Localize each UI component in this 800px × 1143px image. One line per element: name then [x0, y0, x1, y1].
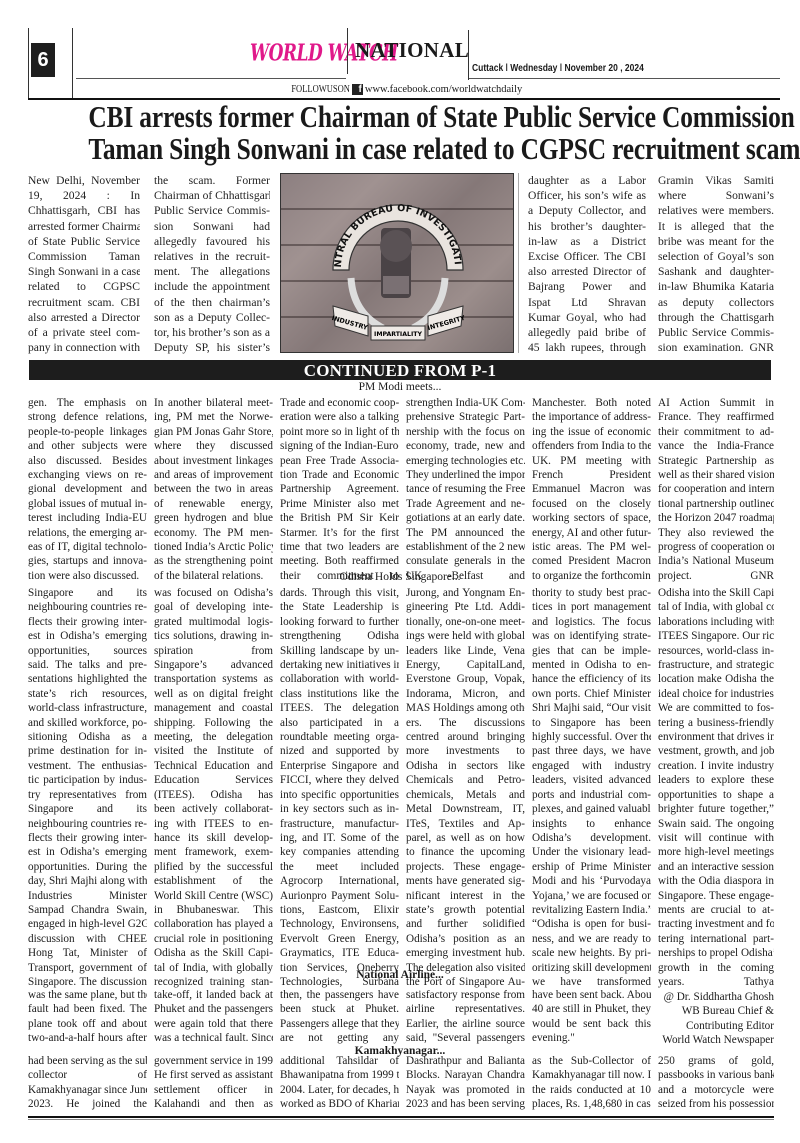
masthead: 6 WORLD WATCH NATIONAL Cuttack ǀ Wednesd… [28, 28, 780, 100]
text-line: working sectors of space, [532, 511, 651, 525]
text-line: said. The talks and pre- [28, 658, 147, 672]
text-line: and further solidified [406, 917, 525, 931]
text-line: exchanging views on re- [28, 468, 147, 482]
text-line: satisfactory response from [406, 988, 525, 1002]
text-line: Energy, CapitalLand, [406, 658, 525, 672]
text-line: Singapore and its [28, 586, 147, 600]
text-line: UK. PM meeting with [532, 454, 651, 468]
text-line: tering a business-friendly [658, 716, 774, 730]
text-line: oritizing skill development, [532, 961, 651, 975]
text-line: crucial role in positioning [154, 932, 273, 946]
text-line: Prime Minister also met [280, 497, 399, 511]
text-line: focused on the closely [532, 497, 651, 511]
text-line: flects their growing inter- [28, 831, 147, 845]
pm-column-5: Manchester. Both notedthe importance of … [532, 396, 651, 583]
airline-column-5: have been sent back. About40 are still i… [532, 988, 651, 1046]
cbi-emblem-photo: CENTRAL BUREAU OF INVESTIGATION INDUSTRY… [280, 173, 514, 353]
text-line: establishment of the [154, 874, 273, 888]
text-line: pean Free Trade Associa- [280, 454, 399, 468]
text-line: ing the issue of economic [532, 425, 651, 439]
text-line: goal of developing inte- [154, 600, 273, 614]
text-line: point more so in light of the [280, 425, 399, 439]
text-line: tices in port management [532, 600, 651, 614]
text-line: also participated in a [280, 716, 399, 730]
text-line: gies, startups and innova- [28, 554, 147, 568]
text-line: Deputy SP, his sister’s [154, 340, 270, 355]
text-line: Yojana,’ we are focused on [532, 889, 651, 903]
text-line: for cooperation and interna- [658, 482, 774, 496]
text-line: between the two in areas [154, 482, 273, 496]
text-line: daughter as a Labor [528, 173, 646, 188]
odisha-column-1: Singapore and itsneighbouring countries … [28, 586, 147, 989]
text-line: well as their shared vision [658, 468, 774, 482]
text-line: through the Chattisgarh [658, 310, 774, 325]
text-line: visit will continue with [658, 831, 774, 845]
text-line: hance the efficiency of its [532, 672, 651, 686]
text-line: and areas of improvement [154, 468, 273, 482]
text-line: establishment of the 2 new [406, 540, 525, 554]
text-line: emerging investment hub. [406, 946, 525, 960]
text-line: the scam. Former [154, 173, 270, 188]
follow-label: FOLLOWUSON [291, 84, 350, 95]
text-line: recruitment scam. CBI [28, 295, 140, 310]
text-line: discussion with CHEE [28, 932, 147, 946]
text-line: meeting, the delegation [154, 730, 273, 744]
text-line: Indorama, Micron, and [406, 687, 525, 701]
text-line: the Horizon 2047 roadmap. [658, 511, 774, 525]
text-line: centred around bringing [406, 730, 525, 744]
text-line: Modi and his ‘Purvodaya [532, 874, 651, 888]
text-line: also arrested a Director [28, 310, 140, 325]
text-line: grated multimodal logis- [154, 615, 273, 629]
text-line: time that two leaders are [280, 540, 399, 554]
text-line: engaged in high-level G2G [28, 917, 147, 931]
text-line: prehensive Strategic Part- [406, 410, 525, 424]
text-line: They also reviewed the [658, 526, 774, 540]
text-line: sentations highlighted the [28, 672, 147, 686]
text-line: tal of India, with global col- [658, 600, 774, 614]
text-line: own ports. Chief Minister [532, 687, 651, 701]
text-line: Chairman of Chhattisgarh [154, 188, 270, 203]
text-line: also arrested Director of [528, 264, 646, 279]
text-line: ing, PM met the Norwe- [154, 410, 273, 424]
text-line: ment framework, exem- [154, 845, 273, 859]
text-line: fault had been fixed. The [28, 1002, 147, 1016]
pm-column-2: In another bilateral meet-ing, PM met th… [154, 396, 273, 583]
text-line: In another bilateral meet- [154, 396, 273, 410]
text-line: and skilled workforce, po- [28, 716, 147, 730]
text-line: ers. The discussions [406, 716, 525, 730]
text-line: tics solutions, drawing in- [154, 629, 273, 643]
text-line: Public Service Commis- [154, 203, 270, 218]
text-line: more high-level meetings [658, 845, 774, 859]
text-line: istic areas. The PM wel- [532, 540, 651, 554]
pm-column-4: strengthen India-UK Com-prehensive Strat… [406, 396, 525, 583]
text-line: Starmer. It’s for the first [280, 526, 399, 540]
text-line: and other subjects were [28, 439, 147, 453]
text-line: about investment linkages [154, 454, 273, 468]
jump-head-airline: National Airline... [300, 969, 500, 981]
text-line: related to CGPSC [28, 279, 140, 294]
text-line: as the strengthening point [154, 554, 273, 568]
text-line: Hong Tat, Minister of [28, 946, 147, 960]
text-line: ment. The allegations [154, 264, 270, 279]
text-line: well as on digital freight [154, 687, 273, 701]
airline-column-3: then, the passengers havebeen stuck at P… [280, 988, 399, 1046]
text-line: plane took off and about [28, 1017, 147, 1031]
text-line: strengthening Odisha [280, 629, 399, 643]
text-line: collector of [28, 1068, 147, 1082]
text-line: ITEES Singapore. Our rich [658, 629, 774, 643]
text-line: Gramin Vikas Samiti [658, 173, 774, 188]
text-line: Trade and economic coop- [280, 396, 399, 410]
text-line: 40 are still in Phuket, they [532, 1002, 651, 1016]
text-line: where they discussed [154, 439, 273, 453]
text-line: green hydrogen and blue [154, 511, 273, 525]
text-line: are not getting any [280, 1031, 399, 1045]
text-line: The PM announced the [406, 526, 525, 540]
svg-text:IMPARTIALITY: IMPARTIALITY [374, 331, 422, 338]
text-line: to finance the upcoming [406, 845, 525, 859]
text-line: transportation systems as [154, 672, 273, 686]
text-line: Agrocorp International, [280, 874, 399, 888]
text-line: past three days, we have [532, 744, 651, 758]
text-line: ports and industrial com- [532, 788, 651, 802]
text-line: FICCI, where they delved [280, 773, 399, 787]
text-line: It is alleged that the [658, 219, 774, 234]
text-line: the importance of address- [532, 410, 651, 424]
text-line: of the bilateral relations. [154, 569, 273, 583]
text-line: parel, as well as on how [406, 831, 525, 845]
text-line: collaboration has played a [154, 917, 273, 931]
text-line: Singh Sonwani in a case [28, 264, 140, 279]
text-line: dertaking new initiatives in [280, 658, 399, 672]
text-line: insights to enhance [532, 817, 651, 831]
text-line: include the appointment [154, 279, 270, 294]
text-line: He first served as assistant [154, 1068, 273, 1082]
text-line: emerging technologies etc. [406, 454, 525, 468]
text-line: tor, his brother’s son as a [154, 325, 270, 340]
text-line: dards. Through this visit, [280, 586, 399, 600]
text-line: nerships to propel Odisha’s [658, 946, 774, 960]
continued-from-banner: CONTINUED FROM P-1 [29, 360, 771, 380]
text-line: sion Sonwani had [154, 219, 270, 234]
text-line: class institutions like the [280, 687, 399, 701]
text-line: as deputy collectors [658, 295, 774, 310]
masthead-rule-right [469, 78, 780, 79]
text-line: gen. The emphasis on [28, 396, 147, 410]
text-line: neighbouring countries re- [28, 817, 147, 831]
text-line: Jurong, and Yongnam En- [406, 586, 525, 600]
text-line: French President [532, 468, 651, 482]
text-line: places, Rs. 1,48,680 in cash, [532, 1097, 651, 1111]
text-line: Chemicals and Petro- [406, 773, 525, 787]
text-line: est in Odisha’s emerging [28, 629, 147, 643]
text-line: Partnership Agreement. [280, 482, 399, 496]
text-line: revitalizing Eastern India.” [532, 903, 651, 917]
text-line: Bhawanipatna from 1999 to [280, 1068, 399, 1082]
text-line: years. Tathya [658, 975, 774, 989]
text-line: seized from his possession. [658, 1097, 774, 1111]
text-line: prime destination for in- [28, 744, 147, 758]
text-line: tionally, one-on-one meet- [406, 615, 525, 629]
text-line: plified by the successful [154, 860, 273, 874]
text-line: with the Odia diaspora in [658, 874, 774, 888]
text-line: settlement officer in [154, 1083, 273, 1097]
text-line: and a motorcycle were [658, 1083, 774, 1097]
text-line: evening." [532, 1031, 651, 1045]
text-line: eas of IT, digital technolo- [28, 540, 147, 554]
text-line: have been sent back. About [532, 988, 651, 1002]
text-line: airline representatives. [406, 1002, 525, 1016]
text-line: highly successful. Over the [532, 730, 651, 744]
jump-head-pm-modi: PM Modi meets... [300, 381, 500, 393]
text-line: ings were held with global [406, 629, 525, 643]
text-line: was focused on Odisha’s [154, 586, 273, 600]
text-line: environment that drives in- [658, 730, 774, 744]
text-line: progress of cooperation on [658, 540, 774, 554]
text-line: Technology, Environsens, [280, 917, 399, 931]
text-line: of State Public Service [28, 234, 140, 249]
byline-title-2: Contributing Editor [652, 1019, 774, 1033]
text-line: was on identifying strate- [532, 629, 651, 643]
follow-us-line: FOLLOWUSON f www.facebook.com/worldwatch… [281, 84, 522, 95]
text-line: Odisha into the Skill Capi- [658, 586, 774, 600]
facebook-icon: f [352, 84, 363, 95]
logo-divider [347, 28, 348, 74]
text-line: ments are crucial to at- [658, 903, 774, 917]
text-line: strengthen India-UK Com- [406, 396, 525, 410]
text-line: Odisha’s position as an [406, 932, 525, 946]
text-line: day, Shri Majhi along with [28, 874, 147, 888]
kamakhyanagar-column-1: had been serving as the sub-collector of… [28, 1054, 147, 1112]
text-line: frastructure, and strategic [658, 658, 774, 672]
text-line: est in Odisha’s emerging [28, 845, 147, 859]
odisha-column-3: dards. Through this visit,the State Lead… [280, 586, 399, 989]
text-line: Kamakhyanagar since June [28, 1083, 147, 1097]
text-line: Passengers allege that they [280, 1017, 399, 1031]
text-line: the meet included [280, 860, 399, 874]
text-line: Commission Taman [28, 249, 140, 264]
text-line: relations, the emerging ar- [28, 526, 147, 540]
text-line: opportunities. During the [28, 860, 147, 874]
text-line: ness, and we are ready to [532, 932, 651, 946]
text-line: spiration from [154, 644, 273, 658]
text-line: 2004. Later, for decades, he [280, 1083, 399, 1097]
text-line: tions, Eastcom, Elixir [280, 903, 399, 917]
text-line: vestment, growth, and job [658, 744, 774, 758]
text-line: Phuket and the passengers [154, 1002, 273, 1016]
text-line: in-law as a District [528, 234, 646, 249]
text-line: Singapore and its [28, 802, 147, 816]
byline-title-1: WB Bureau Chief & [652, 1004, 774, 1018]
text-line: project. GNR [658, 569, 774, 583]
text-line: scale new heights. By pri- [532, 946, 651, 960]
pm-column-1: gen. The emphasis onstrong defence relat… [28, 396, 147, 583]
lead-column-3: daughter as a LaborOfficer, his son’s wi… [528, 173, 646, 355]
text-line: strong defence relations, [28, 410, 147, 424]
text-line: been stuck at Phuket. [280, 1002, 399, 1016]
text-line: allegedly favoured his [154, 234, 270, 249]
text-line: Kamakhyanagar till now. In [532, 1068, 651, 1082]
text-line: ITeS, Textiles and Ap- [406, 817, 525, 831]
text-line: vestment. The enthusias- [28, 759, 147, 773]
airline-column-2: take-off, it landed back atPhuket and th… [154, 988, 273, 1046]
text-line: tional partnership outlined in [658, 497, 774, 511]
text-line: Kalahandi and then as [154, 1097, 273, 1111]
text-line: Officer, his son’s wife as [528, 188, 646, 203]
text-line: as the Sub-Collector of [532, 1054, 651, 1068]
text-line: their commitment to ad- [658, 425, 774, 439]
dateline: Cuttack ǀ Wednesday ǀ November 20 , 2024 [472, 63, 644, 74]
text-line: Odisha’s development. [532, 831, 651, 845]
text-line: energy, AI and other futur- [532, 526, 651, 540]
text-line: projects. These engage- [406, 860, 525, 874]
text-line: in key sectors such as in- [280, 802, 399, 816]
text-line: of renewable energy, [154, 497, 273, 511]
odisha-column-4: Jurong, and Yongnam En-gineering Pte Ltd… [406, 586, 525, 989]
text-line: two-and-a-half hours after [28, 1031, 147, 1045]
text-line: plexes, and gained valuable [532, 802, 651, 816]
text-line: Blocks. Narayan Chandra [406, 1068, 525, 1082]
text-line: his brother’s daughter- [528, 219, 646, 234]
text-line: Sashank and daughter- [658, 264, 774, 279]
section-divider [468, 30, 469, 80]
text-line: management and coastal [154, 701, 273, 715]
text-line: Ispat Ltd Shravan [528, 295, 646, 310]
airline-column-4: satisfactory response fromairline repres… [406, 988, 525, 1046]
text-line: more investments to [406, 744, 525, 758]
text-line: nership with the focus on [406, 425, 525, 439]
text-line: take-off, it landed back at [154, 988, 273, 1002]
text-line: then, the passengers have [280, 988, 399, 1002]
text-line: Earlier, the airline source [406, 1017, 525, 1031]
text-line: where Sonwani’s [658, 188, 774, 203]
text-line: was the same plane, but the [28, 988, 147, 1002]
text-line: MAS Holdings among oth- [406, 701, 525, 715]
text-line: the raids conducted at 10 [532, 1083, 651, 1097]
odisha-column-6: Odisha into the Skill Capi-tal of India,… [658, 586, 774, 989]
text-line: 45 lakh rupees, through [528, 340, 646, 355]
text-line: 2023 and has been serving [406, 1097, 525, 1111]
facebook-link[interactable]: www.facebook.com/worldwatchdaily [365, 84, 522, 95]
text-line: tance of resuming the Free [406, 482, 525, 496]
text-line: resources, world-class in- [658, 644, 774, 658]
text-line: people-to-people linkages [28, 425, 147, 439]
text-line: hance its skill develop- [154, 831, 273, 845]
text-line: ing, and IT. Some of the [280, 831, 399, 845]
column-divider [518, 173, 519, 353]
text-line: Everstone Group, Vopak, [406, 672, 525, 686]
text-line: Bajrang Power and [528, 279, 646, 294]
text-line: New Delhi, November [28, 173, 140, 188]
text-line: relatives were members. [658, 203, 774, 218]
text-line: eration were also a talking [280, 410, 399, 424]
text-line: (ITEES). Odisha has [154, 788, 273, 802]
text-line: leaders like Linde, Vena [406, 644, 525, 658]
text-line: chemicals, Metals and [406, 788, 525, 802]
text-line: Odisha in sectors like [406, 759, 525, 773]
text-line: ITEES. The delegation [280, 701, 399, 715]
text-line: neighbouring countries re- [28, 600, 147, 614]
text-line: world-class infrastructure, [28, 701, 147, 715]
text-line: Education Services [154, 773, 273, 787]
text-line: Technical Education and [154, 759, 273, 773]
text-line: economy, trade, new and [406, 439, 525, 453]
text-line: Manchester. Both noted [532, 396, 651, 410]
text-line: World Skill Centre (WSC) [154, 889, 273, 903]
text-line: try representatives from [28, 788, 147, 802]
text-line: state’s growth potential [406, 903, 525, 917]
page-bottom-rule-thin [28, 1119, 774, 1120]
text-line: “Odisha is open for busi- [532, 917, 651, 931]
text-line: Odisha as the Skill Capi- [154, 946, 273, 960]
text-line: allegedly paid bribe of [528, 325, 646, 340]
lead-column-2: the scam. FormerChairman of Chhattisgarh… [154, 173, 270, 355]
text-line: creation. I invite industry [658, 759, 774, 773]
text-line: ing with ITEES to en- [154, 817, 273, 831]
text-line: gineering Pte Ltd. Addi- [406, 600, 525, 614]
odisha-column-2: was focused on Odisha’sgoal of developin… [154, 586, 273, 989]
text-line: Dashrathpur and Balianta [406, 1054, 525, 1068]
text-line: location make Odisha the [658, 672, 774, 686]
text-line: Transport, government of [28, 961, 147, 975]
text-line: bribe was meant for the [658, 234, 774, 249]
text-line: Metal Downstream, IT, [406, 802, 525, 816]
airline-column-1: was the same plane, but thefault had bee… [28, 988, 147, 1046]
text-line: a Deputy Collector, and [528, 203, 646, 218]
text-line: into specific opportunities [280, 788, 399, 802]
text-line: 19, 2024 : In [28, 188, 140, 203]
text-line: Public Service Commis- [658, 325, 774, 340]
text-line: ments have generated sig- [406, 874, 525, 888]
lead-headline: CBI arrests former Chairman of State Pub… [88, 101, 711, 165]
text-line: gional development and [28, 482, 147, 496]
text-line: also discussed. Besides [28, 454, 147, 468]
kamakhyanagar-column-2: government service in 1997.He first serv… [154, 1054, 273, 1112]
text-line: Industries Minister [28, 889, 147, 903]
text-line: Strategic Partnership as [658, 454, 774, 468]
text-line: son as a Deputy Collec- [154, 310, 270, 325]
text-line: additional Tahsildar of [280, 1054, 399, 1068]
text-line: had been serving as the sub- [28, 1054, 147, 1068]
text-line: was a technical fault. Since [154, 1031, 273, 1045]
text-line: offenders from India to the [532, 439, 651, 453]
text-line: the State Leadership is [280, 600, 399, 614]
text-line: to organize the forthcoming [532, 569, 651, 583]
odisha-column-5: thority to study best prac-tices in port… [532, 586, 651, 989]
text-line: AI Action Summit in [658, 396, 774, 410]
byline-author: @ Dr. Siddhartha Ghosh [652, 990, 774, 1004]
masthead-left-border [28, 28, 29, 100]
text-line: consulate generals in the [406, 554, 525, 568]
text-line: in-law Bhumika Kataria [658, 279, 774, 294]
text-line: Singapore. These engage- [658, 889, 774, 903]
text-line: meeting. Both reaffirmed [280, 554, 399, 568]
text-line: Trade Agreement and ne- [406, 497, 525, 511]
text-line: visited the Institute of [154, 744, 273, 758]
text-line: pany in connection with [28, 340, 140, 355]
text-line: roundtable meeting orga- [280, 730, 399, 744]
text-line: arrested former Chairman [28, 219, 140, 234]
text-line: Nayak was promoted in [406, 1083, 525, 1097]
text-line: collaboration with world- [280, 672, 399, 686]
page-bottom-rule [28, 1116, 774, 1118]
text-line: shipping. Following the [154, 716, 273, 730]
page-number: 6 [31, 43, 55, 77]
text-line: vance the India-France [658, 439, 774, 453]
text-line: Emmanuel Macron was [532, 482, 651, 496]
